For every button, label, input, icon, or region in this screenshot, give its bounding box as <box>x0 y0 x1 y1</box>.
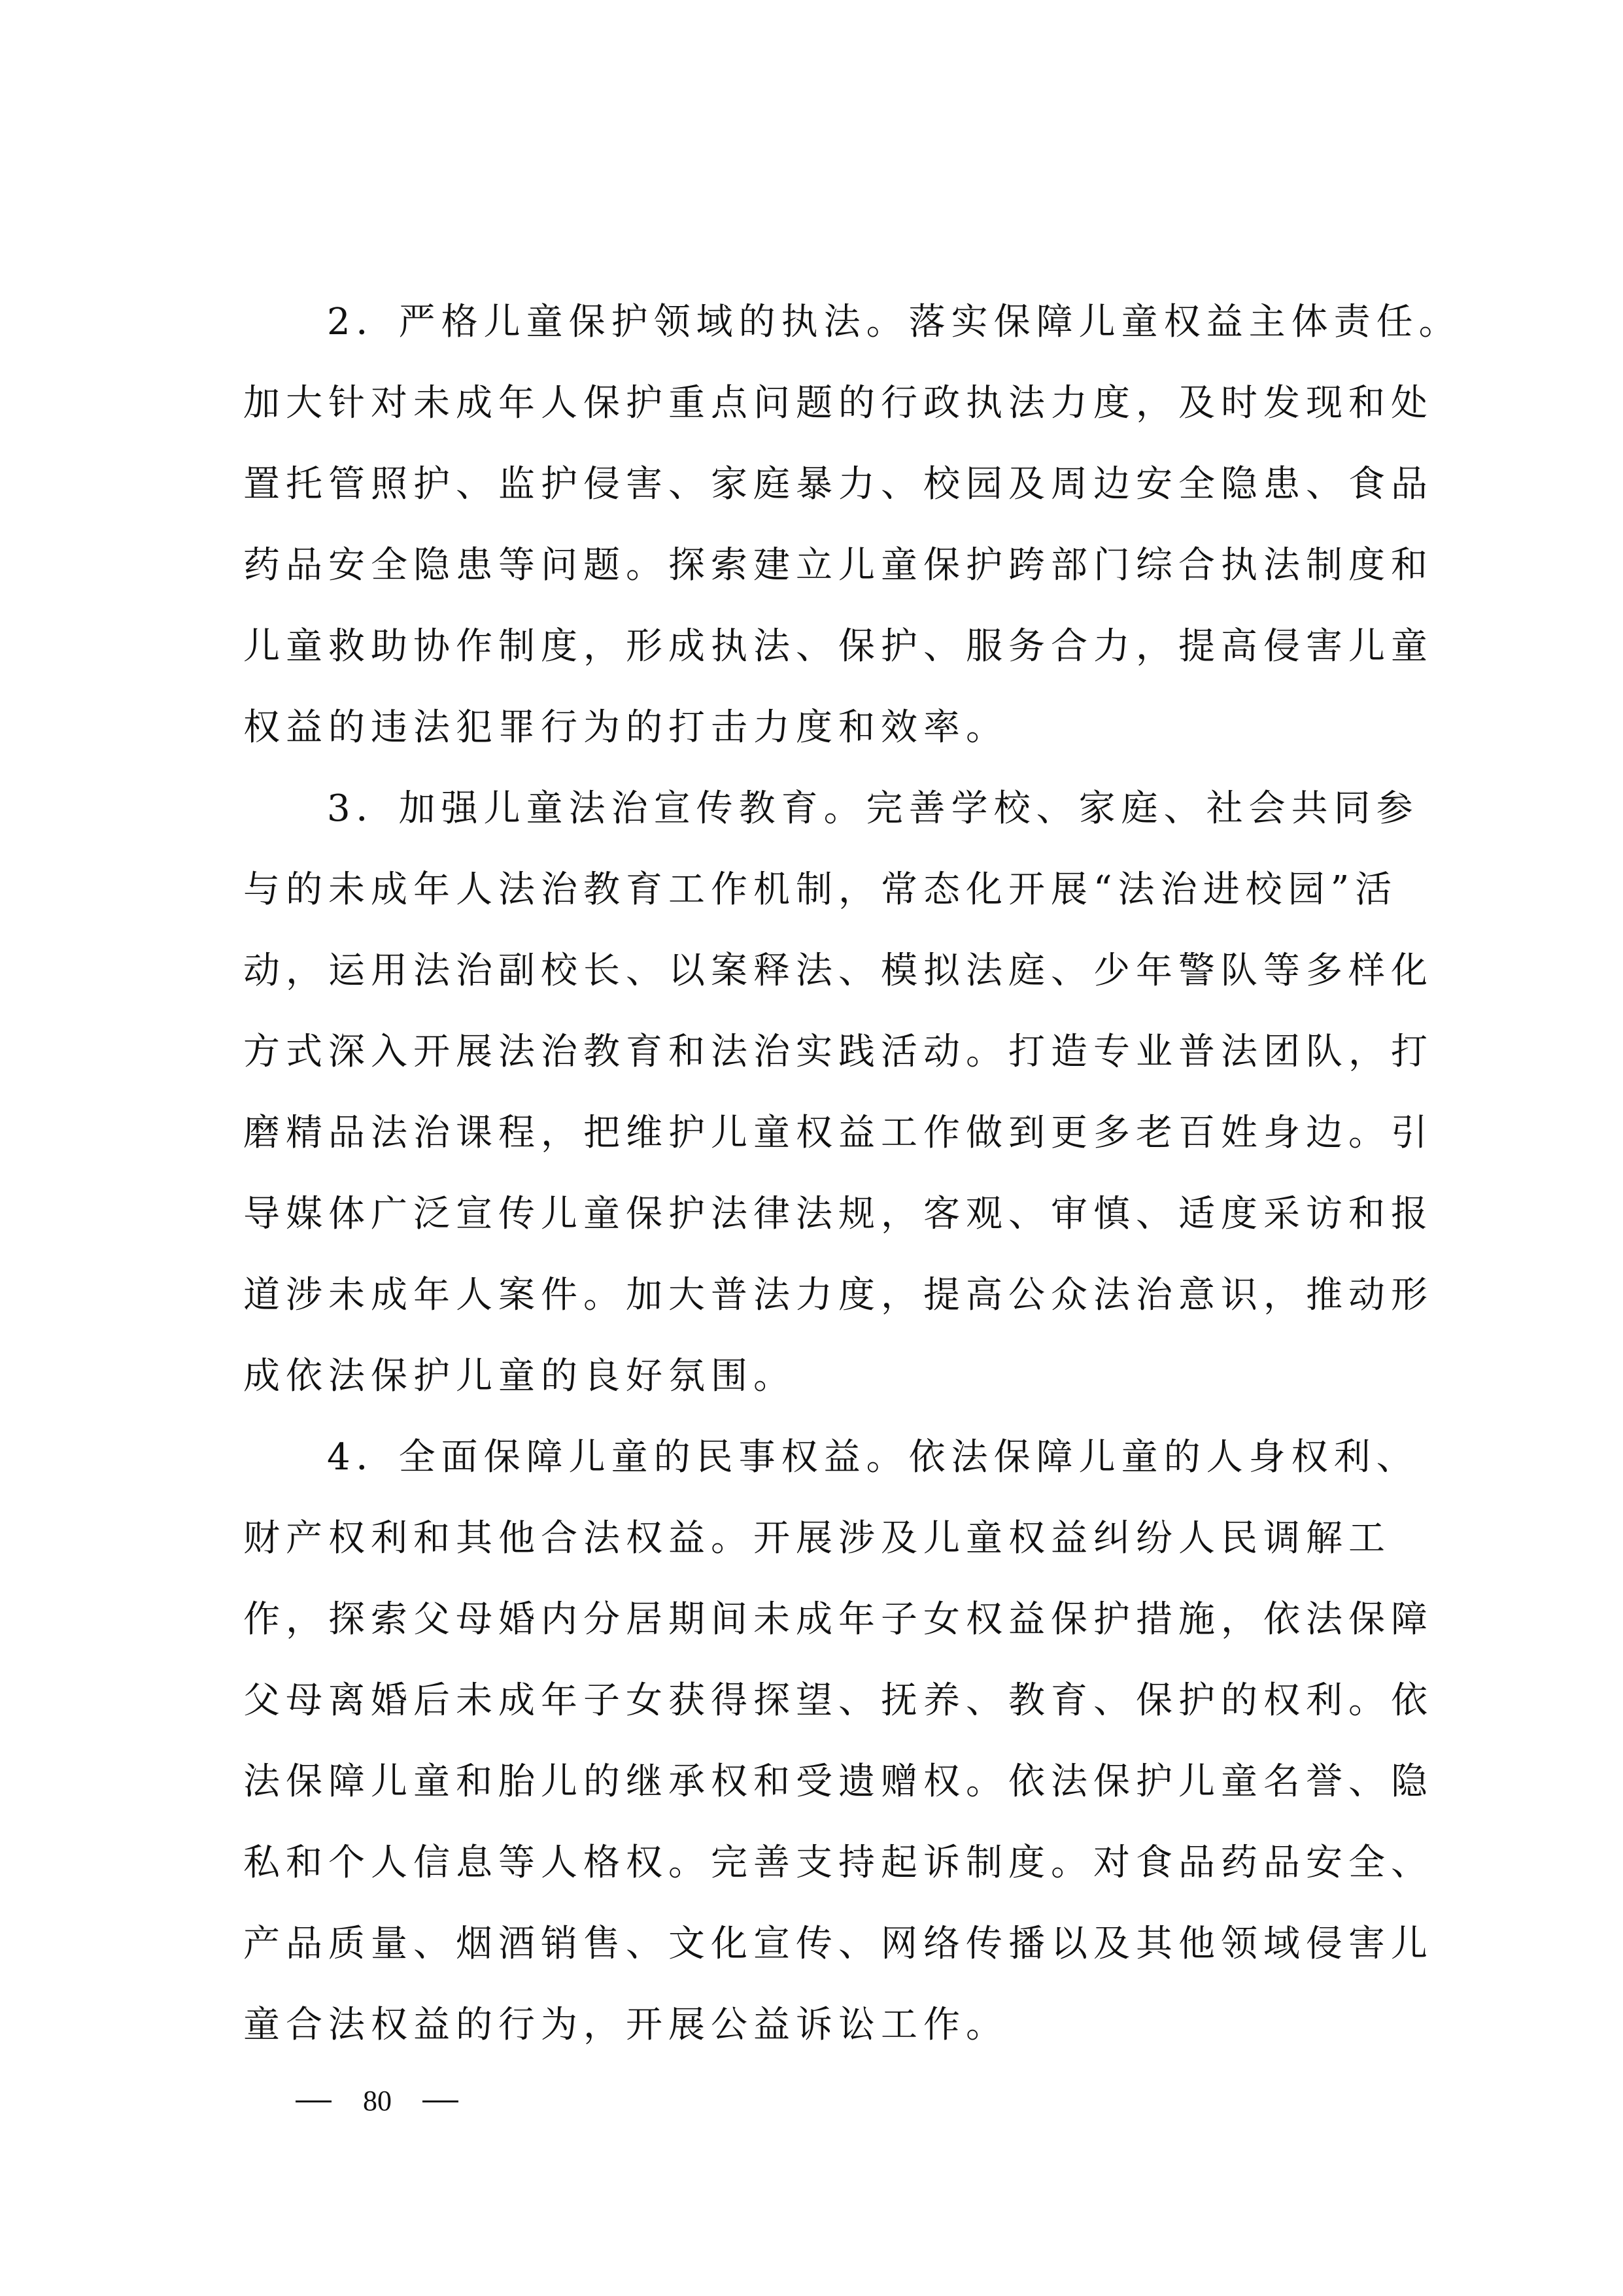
text-line: 与的未成年人法治教育工作机制，常态化开展“法治进校园”活 <box>243 849 1446 931</box>
paragraph-item-4: 4．全面保障儿童的民事权益。依法保障儿童的人身权利、 财产权利和其他合法权益。开… <box>243 1417 1446 2066</box>
text-line: 置托管照护、监护侵害、家庭暴力、校园及周边安全隐患、食品 <box>243 444 1446 525</box>
text-line: 动，运用法治副校长、以案释法、模拟法庭、少年警队等多样化 <box>243 931 1446 1012</box>
page-number-dash-right <box>422 2100 458 2102</box>
text-line: 导媒体广泛宣传儿童保护法律法规，客观、审慎、适度采访和报 <box>243 1174 1446 1255</box>
text-line: 儿童救助协作制度，形成执法、保护、服务合力，提高侵害儿童 <box>243 606 1446 687</box>
text-line: 4．全面保障儿童的民事权益。依法保障儿童的人身权利、 <box>243 1417 1446 1498</box>
paragraph-item-2: 2．严格儿童保护领域的执法。落实保障儿童权益主体责任。 加大针对未成年人保护重点… <box>243 282 1446 768</box>
body-text: 2．严格儿童保护领域的执法。落实保障儿童权益主体责任。 加大针对未成年人保护重点… <box>243 282 1446 2066</box>
text-line: 权益的违法犯罪行为的打击力度和效率。 <box>243 687 1446 768</box>
text-line: 法保障儿童和胎儿的继承权和受遗赠权。依法保护儿童名誉、隐 <box>243 1741 1446 1823</box>
text-line: 加大针对未成年人保护重点问题的行政执法力度，及时发现和处 <box>243 363 1446 444</box>
page-number: 80 <box>296 2085 458 2117</box>
text-line: 父母离婚后未成年子女获得探望、抚养、教育、保护的权利。依 <box>243 1660 1446 1741</box>
text-line: 财产权利和其他合法权益。开展涉及儿童权益纠纷人民调解工 <box>243 1498 1446 1579</box>
text-line: 道涉未成年人案件。加大普法力度，提高公众法治意识，推动形 <box>243 1255 1446 1336</box>
document-page: 2．严格儿童保护领域的执法。落实保障儿童权益主体责任。 加大针对未成年人保护重点… <box>0 0 1623 2296</box>
text-line: 私和个人信息等人格权。完善支持起诉制度。对食品药品安全、 <box>243 1823 1446 1904</box>
text-line: 作，探索父母婚内分居期间未成年子女权益保护措施，依法保障 <box>243 1579 1446 1660</box>
page-number-dash-left <box>296 2100 332 2102</box>
text-line: 产品质量、烟酒销售、文化宣传、网络传播以及其他领域侵害儿 <box>243 1904 1446 1985</box>
text-line: 成依法保护儿童的良好氛围。 <box>243 1336 1446 1417</box>
text-line: 方式深入开展法治教育和法治实践活动。打造专业普法团队，打 <box>243 1012 1446 1093</box>
page-number-value: 80 <box>363 2085 392 2117</box>
paragraph-item-3: 3．加强儿童法治宣传教育。完善学校、家庭、社会共同参 与的未成年人法治教育工作机… <box>243 768 1446 1417</box>
text-line: 磨精品法治课程，把维护儿童权益工作做到更多老百姓身边。引 <box>243 1093 1446 1174</box>
text-line: 3．加强儿童法治宣传教育。完善学校、家庭、社会共同参 <box>243 768 1446 849</box>
text-line: 童合法权益的行为，开展公益诉讼工作。 <box>243 1985 1446 2066</box>
text-line: 药品安全隐患等问题。探索建立儿童保护跨部门综合执法制度和 <box>243 525 1446 606</box>
text-line: 2．严格儿童保护领域的执法。落实保障儿童权益主体责任。 <box>243 282 1446 363</box>
